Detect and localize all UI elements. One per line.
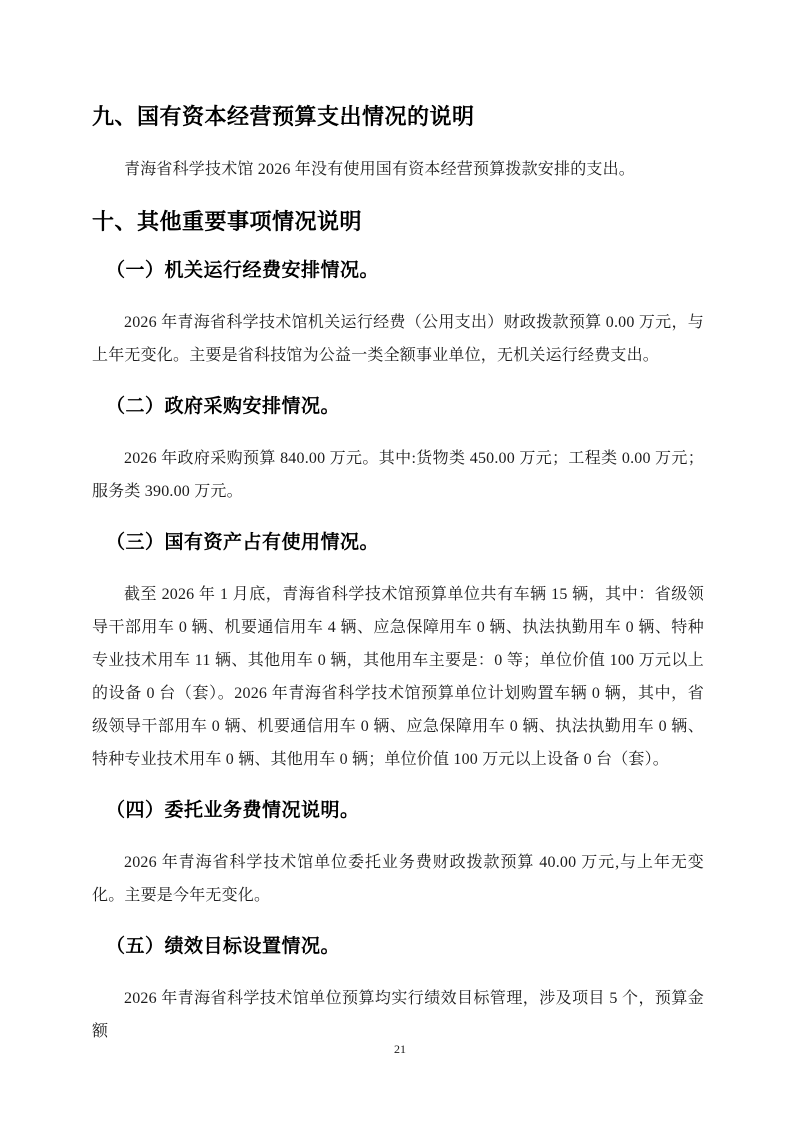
document-page: 九、国有资本经营预算支出情况的说明 青海省科学技术馆 2026 年没有使用国有资… [0, 0, 800, 1131]
subsection-5-paragraph: 2026 年青海省科学技术馆单位预算均实行绩效目标管理，涉及项目 5 个，预算金… [92, 982, 704, 1048]
subsection-4-paragraph: 2026 年青海省科学技术馆单位委托业务费财政拨款预算 40.00 万元,与上年… [92, 846, 704, 912]
subsection-5-heading: （五）绩效目标设置情况。 [92, 934, 704, 960]
chapter-nine-heading: 九、国有资本经营预算支出情况的说明 [92, 103, 704, 131]
chapter-nine-paragraph: 青海省科学技术馆 2026 年没有使用国有资本经营预算拨款安排的支出。 [92, 153, 704, 186]
chapter-ten-heading: 十、其他重要事项情况说明 [92, 208, 704, 236]
subsection-2-paragraph: 2026 年政府采购预算 840.00 万元。其中:货物类 450.00 万元；… [92, 442, 704, 508]
subsection-3-paragraph: 截至 2026 年 1 月底，青海省科学技术馆预算单位共有车辆 15 辆，其中：… [92, 578, 704, 776]
subsection-1-paragraph: 2026 年青海省科学技术馆机关运行经费（公用支出）财政拨款预算 0.00 万元… [92, 306, 704, 372]
subsection-3-heading: （三）国有资产占有使用情况。 [92, 530, 704, 556]
subsection-1-heading: （一）机关运行经费安排情况。 [92, 258, 704, 284]
page-number: 21 [394, 1042, 406, 1056]
subsection-4-heading: （四）委托业务费情况说明。 [92, 798, 704, 824]
subsection-2-heading: （二）政府采购安排情况。 [92, 394, 704, 420]
page-footer: 21 [0, 1042, 800, 1057]
